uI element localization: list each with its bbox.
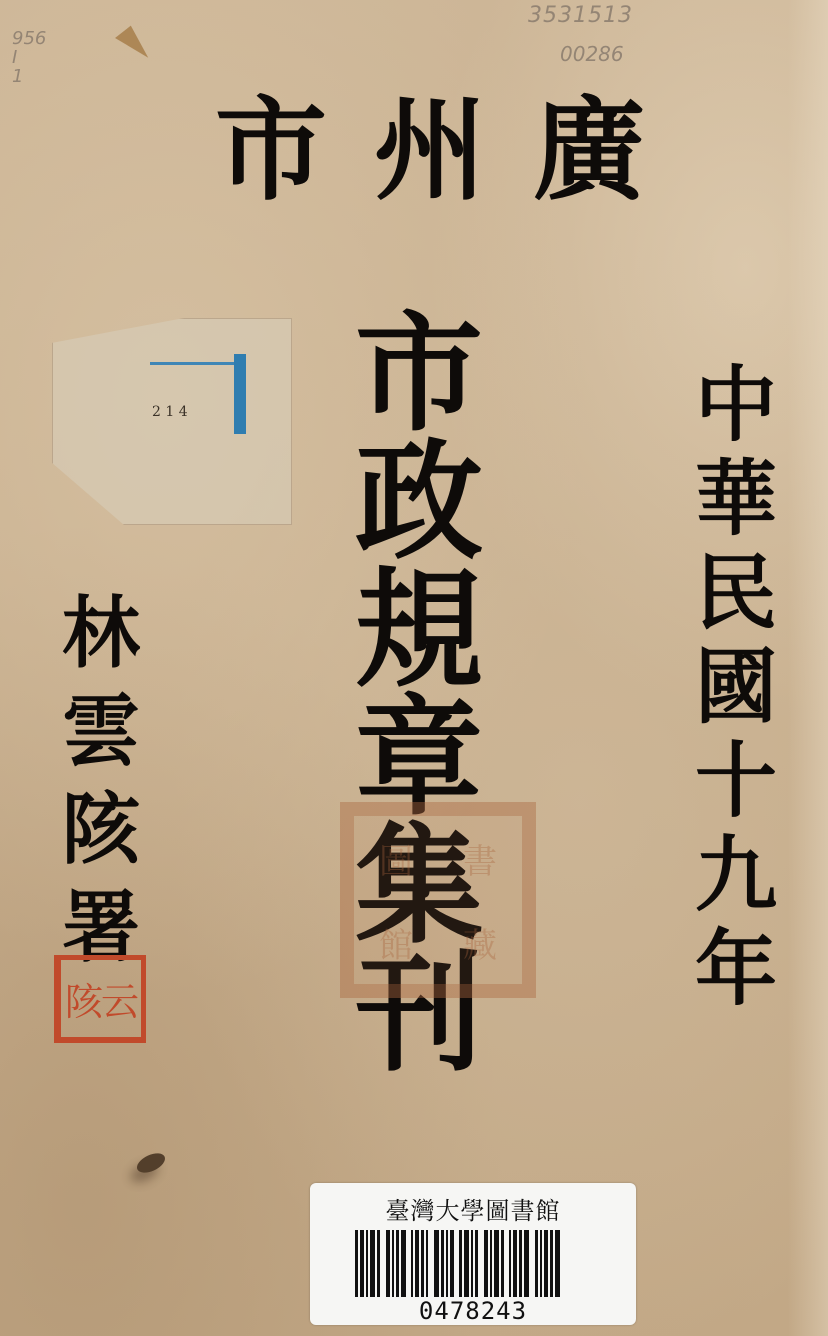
- library-name: 臺灣大學圖書館: [386, 1191, 561, 1226]
- paper-tear-chip: [115, 26, 153, 67]
- date-char: 華: [695, 452, 777, 546]
- pencil-accession-number: 3531513: [528, 4, 633, 27]
- stamp-char: 書: [463, 834, 497, 883]
- date-char: 民: [695, 546, 777, 640]
- label-blue-border: [150, 362, 240, 365]
- date-char: 中: [695, 358, 777, 452]
- seal-text: 陔云: [65, 971, 137, 1026]
- faded-library-stamp: 圖 書 館 藏: [340, 802, 536, 998]
- stamp-char: 圖: [379, 834, 413, 883]
- paper-edge: [788, 0, 828, 1336]
- title-char: 州: [374, 95, 486, 207]
- pencil-mark: 956: [12, 30, 46, 49]
- barcode-number: 0478243: [419, 1297, 527, 1325]
- author-char: 陔: [62, 781, 140, 879]
- barcode-icon: [355, 1230, 591, 1297]
- pencil-mark: 1: [12, 68, 46, 87]
- stamp-char: 藏: [463, 918, 497, 967]
- red-seal: 陔云: [54, 955, 146, 1043]
- library-barcode-label: 臺灣大學圖書館 0478243: [310, 1183, 636, 1325]
- ink-stain: [134, 1149, 168, 1176]
- pencil-accession-suffix: 00286: [560, 44, 624, 65]
- torn-label-remnant: [52, 318, 292, 525]
- label-remnant-text: 2 1 4: [152, 404, 188, 420]
- date-char: 九: [695, 828, 777, 922]
- title-char: 市: [215, 95, 327, 207]
- date-char: 十: [695, 734, 777, 828]
- book-cover: 956 I 1 3531513 00286 2 1 4 廣 州 市 市 政 規 …: [0, 0, 828, 1336]
- stamp-char: 館: [379, 918, 413, 967]
- pencil-mark: I: [12, 49, 46, 68]
- date-char: 年: [695, 922, 777, 1016]
- author-char: 雲: [62, 683, 140, 781]
- publication-date: 中 華 民 國 十 九 年: [695, 358, 777, 1016]
- label-blue-border: [234, 354, 246, 434]
- author-char: 林: [62, 585, 140, 683]
- title-char: 廣: [533, 95, 645, 207]
- main-title-char: 市: [355, 310, 483, 438]
- author-inscription: 林 雲 陔 署: [62, 585, 140, 977]
- main-title-char: 政: [355, 438, 483, 566]
- date-char: 國: [695, 640, 777, 734]
- pencil-call-number: 956 I 1: [12, 30, 46, 87]
- city-title: 廣 州 市: [215, 95, 645, 207]
- main-title-char: 規: [355, 566, 483, 694]
